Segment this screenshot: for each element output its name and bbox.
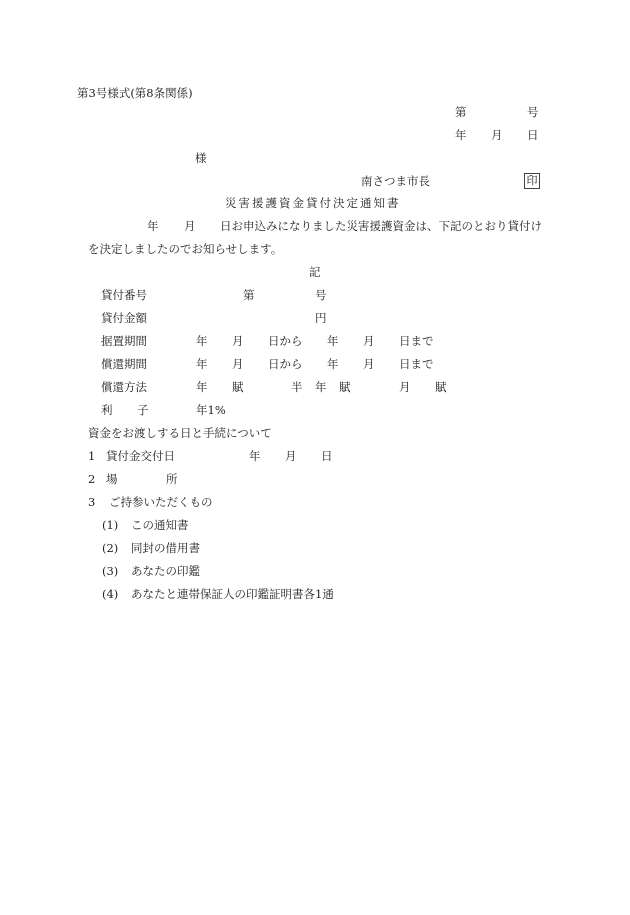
deferment-from-day: 日から — [268, 334, 303, 348]
deferment-from-month: 月 — [232, 334, 244, 348]
procedure-1-day: 日 — [321, 449, 333, 463]
body-month: 月 — [184, 219, 196, 233]
bring-item-2-text: 同封の借用書 — [131, 541, 200, 555]
form-label: 第3号様式(第8条関係) — [77, 86, 193, 100]
procedure-1-year: 年 — [249, 449, 261, 463]
bring-item-4-text: あなたと連帯保証人の印鑑証明書各1通 — [131, 587, 334, 601]
procedure-1-label: 貸付金交付日 — [106, 449, 175, 463]
method-monthly-b: 賦 — [435, 380, 447, 394]
method-annual-b: 賦 — [232, 380, 244, 394]
procedure-heading: 資金をお渡しする日と手続について — [88, 426, 272, 440]
doc-number-prefix: 第 — [455, 105, 467, 119]
repayment-from-month: 月 — [232, 357, 244, 371]
procedure-1-month: 月 — [285, 449, 297, 463]
bring-item-3-num: (3) — [102, 564, 118, 578]
doc-number-suffix: 号 — [527, 105, 539, 119]
date-month: 月 — [491, 128, 503, 142]
repayment-to-day: 日まで — [399, 357, 434, 371]
seal-mark: 印 — [524, 173, 540, 189]
repayment-from-day: 日から — [268, 357, 303, 371]
document-title: 災害援護資金貸付決定通知書 — [225, 196, 401, 210]
bring-item-3-text: あなたの印鑑 — [131, 564, 200, 578]
bring-item-4-num: (4) — [102, 587, 118, 601]
loan-number-label: 貸付番号 — [101, 288, 147, 302]
deferment-from-year: 年 — [196, 334, 208, 348]
method-semi-b: 年 — [315, 380, 327, 394]
procedure-3-num: 3 — [88, 495, 95, 509]
loan-number-prefix: 第 — [243, 288, 255, 302]
repayment-period-label: 償還期間 — [101, 357, 147, 371]
procedure-1-num: 1 — [88, 449, 95, 463]
body-line-2: を決定しましたのでお知らせします。 — [88, 242, 282, 256]
repayment-to-year: 年 — [327, 357, 339, 371]
method-monthly-a: 月 — [399, 380, 411, 394]
bring-item-1-num: (1) — [102, 518, 118, 532]
repayment-from-year: 年 — [196, 357, 208, 371]
interest-label-a: 利 — [101, 403, 113, 417]
date-day: 日 — [527, 128, 539, 142]
loan-amount-unit: 円 — [315, 311, 327, 325]
procedure-2-label-a: 場 — [106, 472, 118, 486]
deferment-to-day: 日まで — [399, 334, 434, 348]
procedure-2-label-b: 所 — [166, 472, 178, 486]
bring-item-2-num: (2) — [102, 541, 118, 555]
procedure-2-num: 2 — [88, 472, 95, 486]
procedure-3-label: ご持参いただくもの — [109, 495, 213, 509]
addressee-suffix: 様 — [195, 151, 207, 165]
repayment-method-label: 償還方法 — [101, 380, 147, 394]
loan-amount-label: 貸付金額 — [101, 311, 147, 325]
issuer: 南さつま市長 — [361, 174, 430, 188]
repayment-to-month: 月 — [363, 357, 375, 371]
method-semi-a: 半 — [291, 380, 303, 394]
interest-value: 年1% — [196, 403, 226, 417]
ki-marker: 記 — [309, 265, 321, 279]
method-annual-a: 年 — [196, 380, 208, 394]
deferment-to-month: 月 — [363, 334, 375, 348]
interest-label-b: 子 — [137, 403, 149, 417]
deferment-period-label: 据置期間 — [101, 334, 147, 348]
deferment-to-year: 年 — [327, 334, 339, 348]
bring-item-1-text: この通知書 — [131, 518, 189, 532]
method-semi-c: 賦 — [339, 380, 351, 394]
body-line-1: 日お申込みになりました災害援護資金は、下記のとおり貸付け — [220, 219, 542, 233]
document-page: 第3号様式(第8条関係) 第 号 年 月 日 様 南さつま市長 印 災害援護資金… — [0, 0, 630, 915]
body-year: 年 — [147, 219, 159, 233]
loan-number-suffix: 号 — [315, 288, 327, 302]
date-year: 年 — [455, 128, 467, 142]
